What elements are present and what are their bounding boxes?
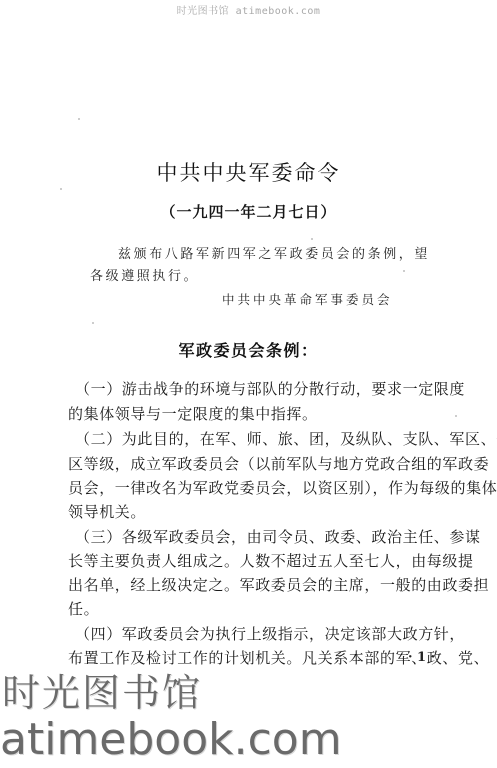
header-watermark: 时光图书馆 atimebook.com bbox=[0, 2, 497, 17]
body-line: 任。 bbox=[68, 598, 99, 619]
scan-speck bbox=[92, 322, 94, 324]
body-line: 的集体领导与一定限度的集中指挥。 bbox=[68, 403, 318, 424]
page-number: · 1 · bbox=[408, 650, 435, 665]
body-line: （三）各级军政委员会，由司令员、政委、政治主任、参谋 bbox=[75, 526, 481, 547]
scan-speck bbox=[311, 238, 313, 240]
signer: 中共中央革命军事委员会 bbox=[222, 290, 393, 308]
body-line: （一）游击战争的环境与部队的分散行动，要求一定限度 bbox=[75, 378, 465, 399]
footer-watermark-url: atimebook.com bbox=[0, 714, 342, 765]
document-date: （一九四一年二月七日） bbox=[0, 201, 497, 222]
body-line: 长等主要负责人组成之。人数不超过五人至七人，由每级提 bbox=[68, 550, 474, 571]
body-line: 出名单，经上级决定之。军政委员会的主席，一般的由政委担 bbox=[68, 574, 489, 595]
preamble-line-2: 各级遵照执行。 bbox=[90, 265, 199, 284]
body-line: 区等级，成立军政委员会（以前军队与地方党政合组的军政委 bbox=[68, 453, 489, 474]
scan-speck bbox=[60, 188, 62, 190]
scan-speck bbox=[403, 270, 405, 272]
preamble-line-1: 兹颁布八路军新四军之军政委员会的条例，望 bbox=[118, 243, 430, 262]
body-line: 领导机关。 bbox=[68, 501, 146, 522]
body-line: （二）为此目的，在军、师、旅、团，及纵队、支队、军区、分 bbox=[75, 428, 497, 449]
section-heading: 军政委员会条例： bbox=[0, 338, 497, 361]
body-line: 员会，一律改名为军政党委员会，以资区别），作为每级的集体 bbox=[68, 477, 497, 498]
scan-speck bbox=[455, 415, 457, 417]
body-line: （四）军政委员会为执行上级指示，决定该部大政方针， bbox=[75, 623, 465, 644]
document-title: 中共中央军委命令 bbox=[0, 157, 497, 187]
footer-watermark-chinese: 时光图书馆 bbox=[2, 662, 202, 717]
scan-speck bbox=[78, 118, 80, 120]
